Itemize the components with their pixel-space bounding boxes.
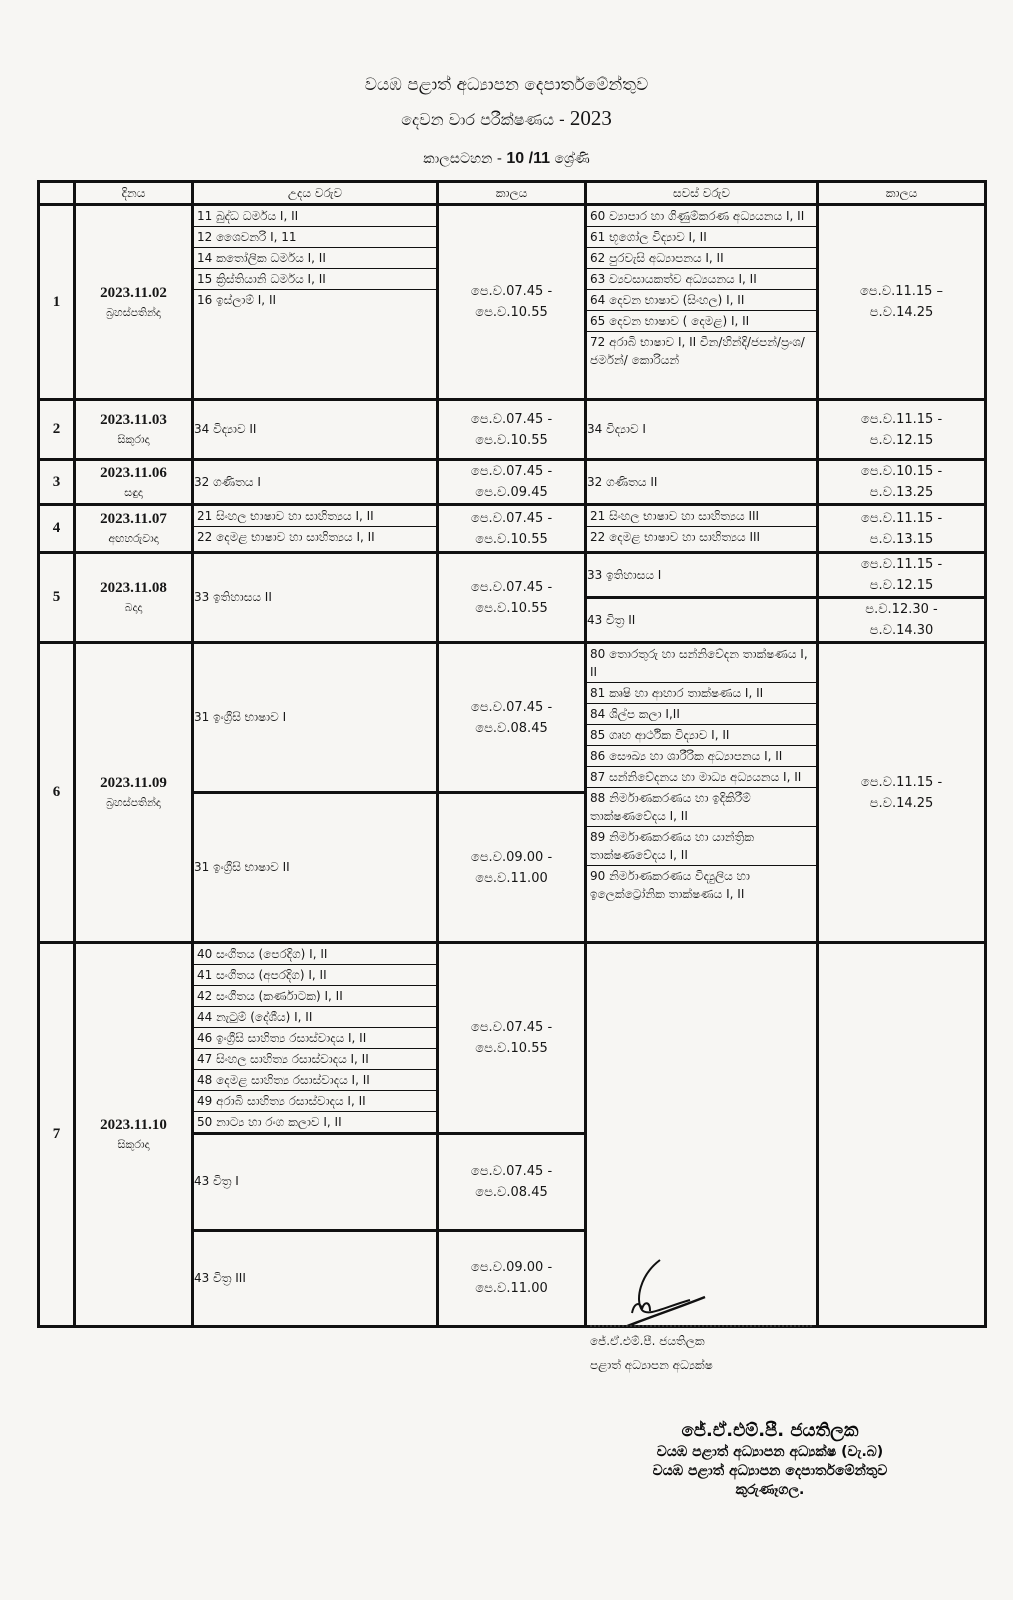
subject-item: 85 ගෘහ ආර්ථික විද්‍යාව I, II [587,725,816,746]
morning-time: පෙ.ව.07.45 -පෙ.ව.10.55 [438,205,586,400]
subject-item: 47 සිංහල සාහිත්‍ය රසාස්වාදය I, II [194,1049,436,1070]
date-value: 2023.11.10 [76,1117,191,1134]
timetable-label: කාලසටහන - [423,151,502,167]
morning-time: පෙ.ව.07.45 -පෙ.ව.08.45 [438,643,586,793]
morning-time: පෙ.ව.07.45 -පෙ.ව.10.55 [438,553,586,643]
subject-item: 16 ඉස්ලාම් I, II [194,290,436,310]
row-number: 1 [39,205,75,400]
morning-time: පෙ.ව.07.45 -පෙ.ව.08.45 [438,1134,586,1231]
row-number: 2 [39,400,75,460]
col-header-no [39,182,75,205]
date-value: 2023.11.08 [76,580,191,597]
grade-suffix: ශ්‍රේණි [554,151,589,167]
date-value: 2023.11.06 [76,465,191,482]
row-number: 6 [39,643,75,943]
time-line: ප.ව.14.25 [819,302,984,323]
time-line: පෙ.ව.11.15 - [819,409,984,430]
time-line: පෙ.ව.07.45 - [439,409,584,430]
subject-item: 80 තොරතුරු හා සන්නිවේදන තාක්ෂණය I, II [587,644,816,683]
afternoon-time: පෙ.ව.11.15 -ප.ව.13.15 [818,505,986,553]
time-line: පෙ.ව.09.00 - [439,847,584,868]
row-number: 7 [39,943,75,1327]
subject-item: 21 සිංහල භාෂාව හා සාහිත්‍යය I, II [194,506,436,527]
table-body: 12023.11.02බ්‍රහස්පතින්දා11 බුද්ධ ධර්මය … [39,205,986,1327]
col-header-morning: උදය වරුව [193,182,438,205]
morning-time: පෙ.ව.07.45 -පෙ.ව.09.45 [438,460,586,505]
subject-item: 60 ව්‍යාපාර හා ගිණුම්කරණ අධ්‍යයනය I, II [587,206,816,227]
subject-item: 34 විද්‍යාව II [193,400,438,460]
subject-item: 22 දෙමළ භාෂාව හා සාහිත්‍යය I, II [194,527,436,547]
time-line: ප.ව.12.30 - [819,599,984,620]
time-line: ප.ව.13.25 [819,482,984,503]
exam-date: 2023.11.03සිකුරාදා [75,400,193,460]
time-line: පෙ.ව.08.45 [439,1182,584,1203]
time-line: ප.ව.13.15 [819,529,984,550]
time-line: පෙ.ව.09.45 [439,482,584,503]
signature-line [590,1325,812,1327]
exam-date: 2023.11.07අඟහරුවාදා [75,505,193,553]
time-line: ප.ව.12.15 [819,575,984,596]
table-row: 52023.11.08බදාදා33 ඉතිහාසය IIපෙ.ව.07.45 … [39,553,986,598]
subject-item: 43 චිත්‍ර II [586,598,818,643]
col-header-morning-time: කාලය [438,182,586,205]
stamp-name: ජේ.ඒ.එම්.පී. ජයතිලක [580,1420,960,1441]
grade-value: 10 /11 [506,150,550,167]
time-line: ප.ව.14.30 [819,620,984,641]
time-line: පෙ.ව.10.55 [439,430,584,451]
time-line: පෙ.ව.10.55 [439,1038,584,1059]
subject-item: 34 විද්‍යාව I [586,400,818,460]
morning-time: පෙ.ව.07.45 -පෙ.ව.10.55 [438,943,586,1134]
subject-item: 87 සන්නිවේදනය හා මාධ්‍ය අධ්‍යයනය I, II [587,767,816,788]
time-line: පෙ.ව.07.45 - [439,281,584,302]
subject-item: 32 ගණිතය I [193,460,438,505]
signatory-name: ජේ.ඒ.එම්.පී. ජයතිලක [590,1334,705,1349]
subject-item: 31 ඉංග්‍රීසි භාෂාව II [193,793,438,943]
subject-item: 15 ක්‍රිස්තියානි ධර්මය I, II [194,269,436,290]
time-line: පෙ.ව.07.45 - [439,577,584,598]
subject-item: 89 නිර්මාණකරණය හා යාන්ත්‍රික තාක්ෂණවේදය … [587,827,816,866]
signature-icon [620,1255,730,1330]
exam-date: 2023.11.02බ්‍රහස්පතින්දා [75,205,193,400]
time-line: පෙ.ව.11.15 – [819,281,984,302]
time-line: පෙ.ව.11.00 [439,868,584,889]
time-line: ප.ව.14.25 [819,793,984,814]
official-stamp: ජේ.ඒ.එම්.පී. ජයතිලක වයඹ පළාත් අධ්‍යාපන අ… [580,1420,960,1498]
time-line: පෙ.ව.11.15 - [819,772,984,793]
subject-item: 50 නාට්‍ය හා රංග කලාව I, II [194,1112,436,1132]
exam-year: 2023 [570,106,612,130]
exam-timetable: දිනය උදය වරුව කාලය සවස් වරුව කාලය 12023.… [37,180,987,1328]
time-line: පෙ.ව.07.45 - [439,697,584,718]
afternoon-time: පෙ.ව.11.15 –ප.ව.14.25 [818,205,986,400]
exam-date: 2023.11.10සිකුරාදා [75,943,193,1327]
afternoon-subjects: 60 ව්‍යාපාර හා ගිණුම්කරණ අධ්‍යයනය I, II6… [586,205,818,400]
time-line: පෙ.ව.08.45 [439,718,584,739]
row-number: 3 [39,460,75,505]
col-header-date: දිනය [75,182,193,205]
weekday: සඳුදා [76,486,191,500]
signatory-title: පළාත් අධ්‍යාපන අධ්‍යක්ෂ [590,1358,713,1373]
time-line: පෙ.ව.10.55 [439,302,584,323]
col-header-afternoon: සවස් වරුව [586,182,818,205]
time-line: පෙ.ව.11.15 - [819,508,984,529]
subject-item: 64 දෙවන භාෂාව (සිංහල) I, II [587,290,816,311]
subject-item: 32 ගණිතය II [586,460,818,505]
time-line: පෙ.ව.11.00 [439,1278,584,1299]
time-line: පෙ.ව.07.45 - [439,461,584,482]
date-value: 2023.11.07 [76,511,191,528]
timetable-subtitle: කාලසටහන - 10 /11 ශ්‍රේණි [0,150,1013,168]
morning-subjects: 11 බුද්ධ ධර්මය I, II12 ශෛවනරි I, 1114 කත… [193,205,438,400]
subject-item: 40 සංගීතය (පෙරදිග) I, II [194,944,436,965]
exam-date: 2023.11.09බ්‍රහස්පතින්දා [75,643,193,943]
weekday: බ්‍රහස්පතින්දා [76,796,191,810]
subject-item: 63 ව්‍යවසායකත්ව අධ්‍යයනය I, II [587,269,816,290]
stamp-line-2: වයඹ පළාත් අධ්‍යාපන දෙපාර්තමේන්තුව [580,1463,960,1479]
row-number: 5 [39,553,75,643]
date-value: 2023.11.02 [76,285,191,302]
subject-item: 61 භූගෝල විද්‍යාව I, II [587,227,816,248]
exam-title: දෙවන වාර පරීක්ෂණය - 2023 [0,106,1013,131]
weekday: බදාදා [76,601,191,615]
morning-time: පෙ.ව.09.00 -පෙ.ව.11.00 [438,1230,586,1327]
time-line: පෙ.ව.10.55 [439,529,584,550]
subject-item: 33 ඉතිහාසය I [586,553,818,598]
subject-item: 46 ඉංග්‍රීසි සාහිත්‍ය රසාස්වාදය I, II [194,1028,436,1049]
afternoon-time: පෙ.ව.10.15 -ප.ව.13.25 [818,460,986,505]
weekday: බ්‍රහස්පතින්දා [76,306,191,320]
subject-item: 22 දෙමළ භාෂාව හා සාහිත්‍යය III [587,527,816,547]
subject-item: 41 සංගීතය (අපරදිග) I, II [194,965,436,986]
stamp-line-3: කුරුණෑගල. [580,1482,960,1498]
subject-item: 33 ඉතිහාසය II [193,553,438,643]
table-row: 12023.11.02බ්‍රහස්පතින්දා11 බුද්ධ ධර්මය … [39,205,986,400]
row-number: 4 [39,505,75,553]
table-row: 72023.11.10සිකුරාදා40 සංගීතය (පෙරදිග) I,… [39,943,986,1134]
time-line: පෙ.ව.10.15 - [819,461,984,482]
morning-subjects: 21 සිංහල භාෂාව හා සාහිත්‍යය I, II22 දෙමළ… [193,505,438,553]
subject-item: 84 ශිල්ප කලා I,II [587,704,816,725]
subject-item: 62 පුරවැසි අධ්‍යාපනය I, II [587,248,816,269]
afternoon-time: ප.ව.12.30 -ප.ව.14.30 [818,598,986,643]
time-line: පෙ.ව.07.45 - [439,1017,584,1038]
morning-time: පෙ.ව.07.45 -පෙ.ව.10.55 [438,505,586,553]
exam-date: 2023.11.08බදාදා [75,553,193,643]
time-line: ප.ව.12.15 [819,430,984,451]
time-line: පෙ.ව.11.15 - [819,554,984,575]
subject-item: 12 ශෛවනරි I, 11 [194,227,436,248]
subject-item: 90 නිර්මාණකරණය විද්‍යුලිය හා ඉලෙක්ට්‍රෝන… [587,866,816,904]
date-value: 2023.11.09 [76,775,191,792]
time-line: පෙ.ව.10.55 [439,598,584,619]
table-row: 42023.11.07අඟහරුවාදා21 සිංහල භාෂාව හා සා… [39,505,986,553]
afternoon-subjects: 80 තොරතුරු හා සන්නිවේදන තාක්ෂණය I, II81 … [586,643,818,943]
morning-time: පෙ.ව.09.00 -පෙ.ව.11.00 [438,793,586,943]
afternoon-time: පෙ.ව.11.15 -ප.ව.14.25 [818,643,986,943]
afternoon-time: පෙ.ව.11.15 -ප.ව.12.15 [818,553,986,598]
subject-item: 43 චිත්‍ර III [193,1230,438,1327]
subject-item: 48 දෙමළ සාහිත්‍ය රසාස්වාදය I, II [194,1070,436,1091]
col-header-afternoon-time: කාලය [818,182,986,205]
subject-item: 81 කෘෂි හා ආහාර තාක්ෂණය I, II [587,683,816,704]
subject-item: 31 ඉංග්‍රීසි භාෂාව I [193,643,438,793]
table-row: 32023.11.06සඳුදා32 ගණිතය Iපෙ.ව.07.45 -පෙ… [39,460,986,505]
subject-item: 86 සෞඛ්‍ය හා ශාරීරික අධ්‍යාපනය I, II [587,746,816,767]
subject-item: 43 චිත්‍ර I [193,1134,438,1231]
subject-item: 11 බුද්ධ ධර්මය I, II [194,206,436,227]
weekday: සිකුරාදා [76,1138,191,1152]
table-row: 62023.11.09බ්‍රහස්පතින්දා31 ඉංග්‍රීසි භා… [39,643,986,793]
morning-time: පෙ.ව.07.45 -පෙ.ව.10.55 [438,400,586,460]
subject-item: 49 අරාබි සාහිත්‍ය රසාස්වාදය I, II [194,1091,436,1112]
subject-item: 14 කතෝලික ධර්මය I, II [194,248,436,269]
date-value: 2023.11.03 [76,412,191,429]
subject-item: 72 අරාබි භාෂාව I, II චීන/හින්දි/ජපන්/ප්‍… [587,332,816,370]
time-line: පෙ.ව.07.45 - [439,1161,584,1182]
afternoon-subjects: 21 සිංහල භාෂාව හා සාහිත්‍යය III22 දෙමළ භ… [586,505,818,553]
afternoon-time: පෙ.ව.11.15 -ප.ව.12.15 [818,400,986,460]
table-header-row: දිනය උදය වරුව කාලය සවස් වරුව කාලය [39,182,986,205]
weekday: සිකුරාදා [76,433,191,447]
exam-title-text: දෙවන වාර පරීක්ෂණය - [401,110,565,129]
department-title: වයඹ පළාත් අධ්‍යාපන දෙපාර්තමේන්තුව [0,75,1013,95]
stamp-line-1: වයඹ පළාත් අධ්‍යාපන අධ්‍යක්ෂ (වැ.බ) [580,1444,960,1460]
table-row: 22023.11.03සිකුරාදා34 විද්‍යාව IIපෙ.ව.07… [39,400,986,460]
afternoon-time-empty [818,943,986,1327]
time-line: පෙ.ව.07.45 - [439,508,584,529]
subject-item: 42 සංගීතය (කර්ණාටක) I, II [194,986,436,1007]
weekday: අඟහරුවාදා [76,532,191,546]
morning-subjects: 40 සංගීතය (පෙරදිග) I, II41 සංගීතය (අපරදි… [193,943,438,1134]
subject-item: 65 දෙවන භාෂාව ( දෙමළ) I, II [587,311,816,332]
time-line: පෙ.ව.09.00 - [439,1257,584,1278]
subject-item: 21 සිංහල භාෂාව හා සාහිත්‍යය III [587,506,816,527]
exam-date: 2023.11.06සඳුදා [75,460,193,505]
subject-item: 44 නැටුම් (දේශීය) I, II [194,1007,436,1028]
subject-item: 88 නිර්මාණකරණය හා ඉදිකිරීම් තාක්ෂණවේදය I… [587,788,816,827]
